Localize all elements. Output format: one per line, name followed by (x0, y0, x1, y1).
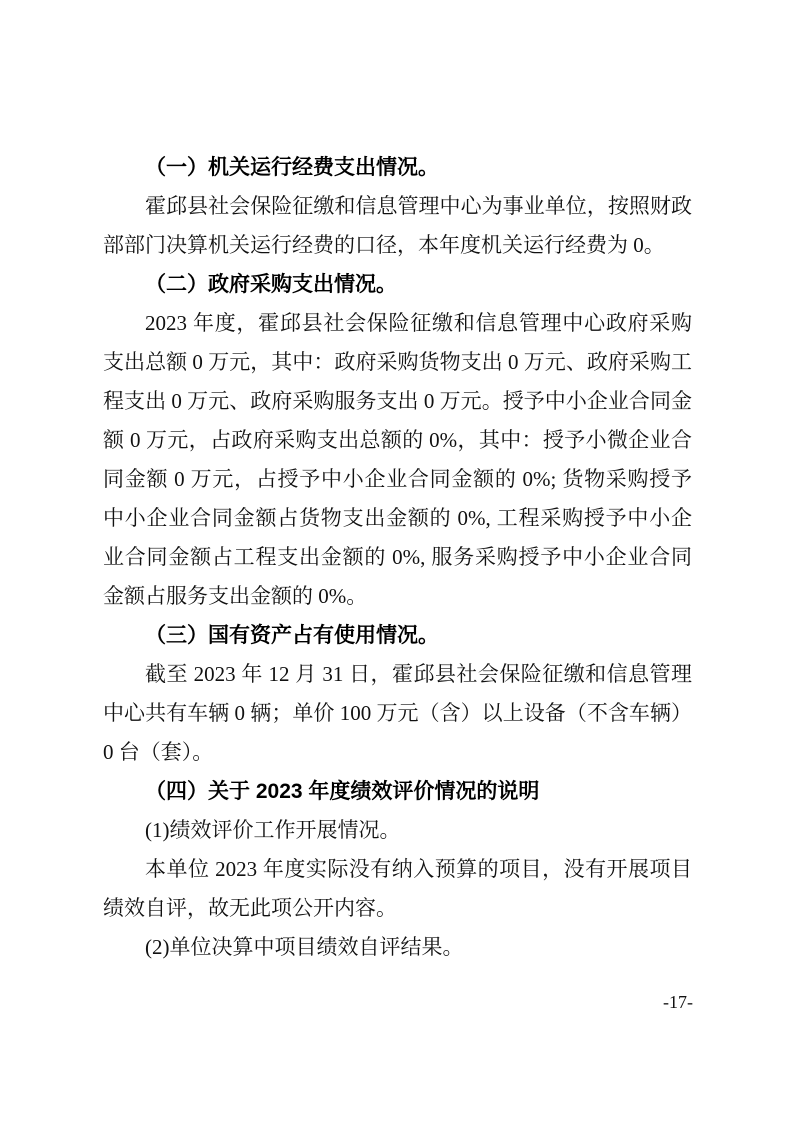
section-heading-agency-operating-expense: （一）机关运行经费支出情况。 (103, 148, 692, 187)
section-heading-state-assets: （三）国有资产占有使用情况。 (103, 616, 692, 655)
paragraph-state-assets: 截至 2023 年 12 月 31 日，霍邱县社会保险征缴和信息管理中心共有车辆… (103, 655, 692, 772)
subitem-project-self-evaluation-result: (2)单位决算中项目绩效自评结果。 (103, 928, 692, 967)
document-body: （一）机关运行经费支出情况。 霍邱县社会保险征缴和信息管理中心为事业单位，按照财… (103, 148, 692, 967)
subitem-performance-evaluation-work: (1)绩效评价工作开展情况。 (103, 811, 692, 850)
paragraph-performance-evaluation-detail: 本单位 2023 年度实际没有纳入预算的项目，没有开展项目绩效自评，故无此项公开… (103, 850, 692, 928)
section-heading-performance-evaluation: （四）关于 2023 年度绩效评价情况的说明 (103, 772, 692, 811)
page-number: -17- (663, 991, 693, 1013)
paragraph-government-procurement: 2023 年度，霍邱县社会保险征缴和信息管理中心政府采购支出总额 0 万元，其中… (103, 304, 692, 616)
section-heading-government-procurement: （二）政府采购支出情况。 (103, 265, 692, 304)
document-page: （一）机关运行经费支出情况。 霍邱县社会保险征缴和信息管理中心为事业单位，按照财… (0, 0, 793, 1122)
paragraph-agency-operating-expense: 霍邱县社会保险征缴和信息管理中心为事业单位，按照财政部部门决算机关运行经费的口径… (103, 187, 692, 265)
